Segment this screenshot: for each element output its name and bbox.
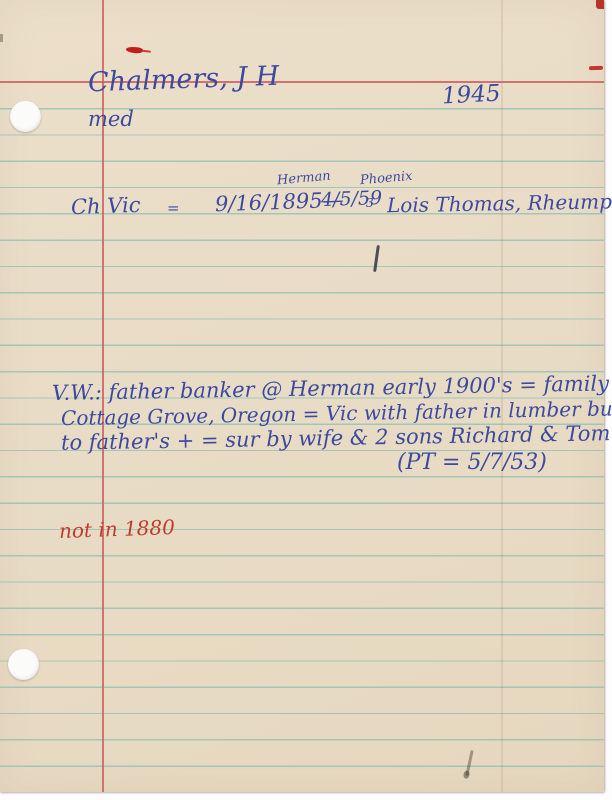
scanned-page: Chalmers, J H 1945 med Ch Vic = 9/16/189… xyxy=(0,0,612,800)
surname-heading: Chalmers, J H xyxy=(88,63,280,97)
edge-tick-mark xyxy=(0,34,3,42)
red-corner-mark xyxy=(596,0,604,9)
entry-spouse-name: Lois Thomas, Rheumpling xyxy=(387,191,612,216)
entry-equals-sign: = xyxy=(167,201,180,216)
punch-hole-bottom xyxy=(8,649,39,680)
year-note: 1945 xyxy=(441,82,501,108)
red-ink-blot xyxy=(126,46,144,54)
notebook-paper: Chalmers, J H 1945 med Ch Vic = 9/16/189… xyxy=(0,0,604,792)
subject-note: med xyxy=(88,109,134,130)
red-marginal-note: not in 1880 xyxy=(59,517,175,541)
punch-hole-top xyxy=(10,101,41,132)
entry-death-superscript: 3 xyxy=(366,197,374,209)
entry-child-name: Ch Vic xyxy=(71,195,141,218)
note-line-4: (PT = 5/7/53) xyxy=(397,452,547,474)
red-edge-dash xyxy=(589,66,603,70)
